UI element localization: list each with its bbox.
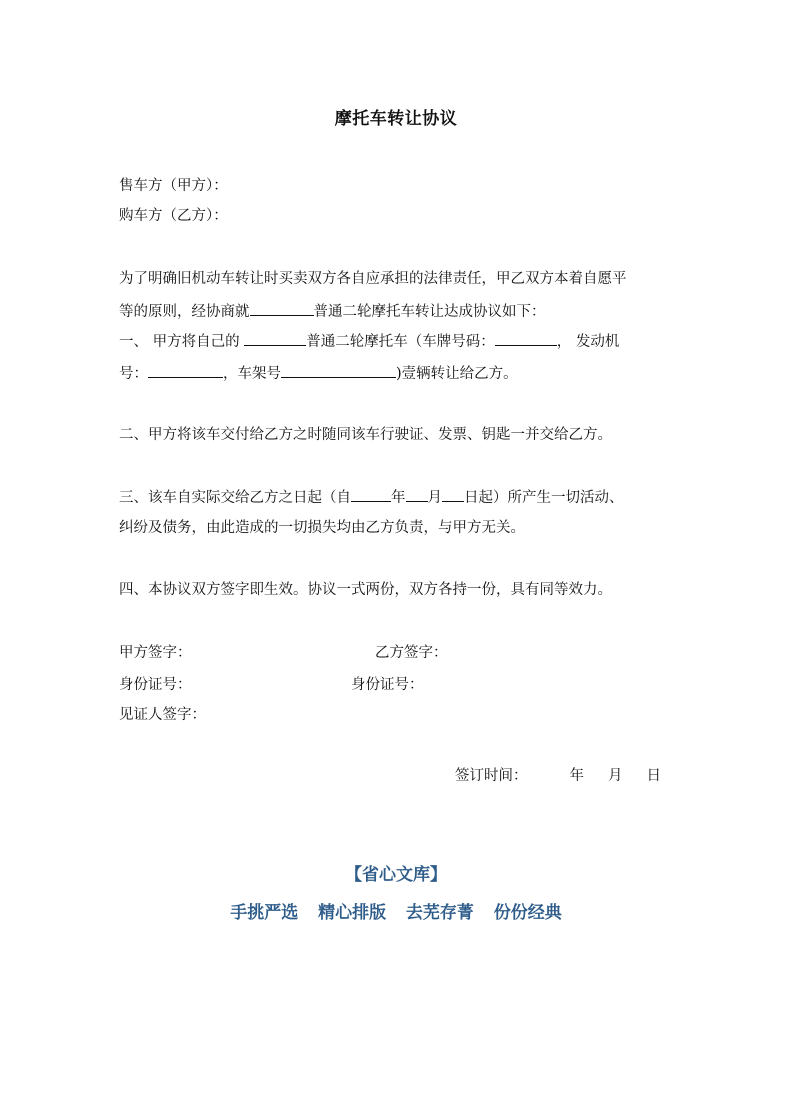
preamble-text-before: 等的原则，经协商就 [119,304,250,320]
document-title: 摩托车转让协议 [0,104,792,129]
handover-year-blank[interactable] [351,487,391,502]
clause-1-text-6: )壹辆转让给乙方。 [396,366,518,382]
preamble-text-after: 普通二轮摩托车转让达成协议如下： [314,304,546,320]
clause-3-year: 年 [391,490,406,506]
vehicle-brand-blank[interactable] [250,301,314,316]
party-b-signature-label: 乙方签字： [375,643,448,663]
clause-1-text-3: ， 发动机 [557,334,620,350]
witness-signature-label: 见证人签字： [119,705,206,725]
handover-day-blank[interactable] [442,487,464,502]
document-page: 摩托车转让协议 售车方（甲方）： 购车方（乙方）： 为了明确旧机动车转让时买卖双… [0,0,792,1120]
engine-number-blank[interactable] [148,363,223,378]
clause-2: 二、甲方将该车交付给乙方之时随同该车行驶证、发票、钥匙一并交给乙方。 [119,425,612,445]
buyer-label: 购车方（乙方）： [119,206,228,226]
signing-date: 签订时间：年月日 [455,766,661,786]
clause-4: 四、本协议双方签字即生效。协议一式两份，双方各持一份，具有同等效力。 [119,580,612,600]
seller-label: 售车方（甲方）： [119,176,228,196]
clause-1-text-2: 普通二轮摩托车（车牌号码： [306,334,495,350]
clause-1-text-5: ，车架号 [223,366,281,382]
clause-1-line-2: 号：，车架号)壹辆转让给乙方。 [119,363,518,384]
signing-date-month: 月 [608,768,623,784]
party-b-id-label: 身份证号： [351,675,424,695]
signing-date-label: 签订时间： [455,768,528,784]
party-a-signature-label: 甲方签字： [119,643,192,663]
clause-1-text-1: 一、 甲方将自己的 [119,334,244,350]
clause-3-text-2: 日起）所产生一切活动、 [464,490,624,506]
frame-number-blank[interactable] [281,363,396,378]
footer-brand: 【省心文库】 [0,860,792,885]
plate-number-blank[interactable] [495,331,557,346]
signing-date-year: 年 [570,768,585,784]
clause-3-line-1: 三、该车自实际交给乙方之日起（自年月日起）所产生一切活动、 [119,487,624,508]
clause-3-month: 月 [428,490,443,506]
preamble-line-1: 为了明确旧机动车转让时买卖双方各自应承担的法律责任，甲乙双方本着自愿平 [119,269,627,289]
footer-slogan: 手挑严选 精心排版 去芜存菁 份份经典 [0,898,792,923]
handover-month-blank[interactable] [406,487,428,502]
preamble-line-2: 等的原则，经协商就普通二轮摩托车转让达成协议如下： [119,301,546,322]
signing-date-day: 日 [647,768,662,784]
clause-3-line-2: 纠纷及债务，由此造成的一切损失均由乙方负责，与甲方无关。 [119,518,525,538]
clause-1-text-4: 号： [119,366,148,382]
party-a-id-label: 身份证号： [119,675,192,695]
clause-1-line-1: 一、 甲方将自己的 普通二轮摩托车（车牌号码：， 发动机 [119,331,619,352]
clause-3-text-1: 三、该车自实际交给乙方之日起（自 [119,490,351,506]
vehicle-model-blank[interactable] [244,331,306,346]
